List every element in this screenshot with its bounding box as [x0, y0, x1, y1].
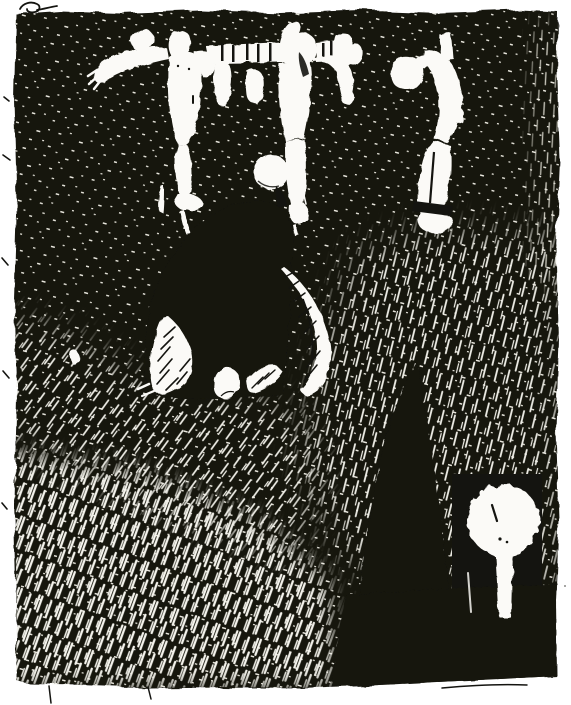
margin-ticks [2, 97, 10, 509]
mourner-head-ball [254, 155, 289, 190]
figure-center-feet [289, 203, 309, 223]
scanned-page: Three crosses above a mourning figure De… [0, 0, 571, 705]
bottom-descender-strokes [49, 686, 151, 703]
canopy-dot [498, 537, 501, 540]
hanging-forearm [214, 61, 233, 100]
ground-fleck-left [70, 350, 79, 364]
ink-field [0, 0, 571, 705]
canopy-dot [506, 541, 509, 544]
shadow-band [332, 584, 557, 686]
artwork-canvas: Three crosses above a mourning figure De… [0, 0, 571, 705]
tree-canopy [467, 484, 539, 556]
baseline-stroke [442, 685, 527, 688]
margin-squiggle [20, 3, 57, 13]
margin-dot [564, 585, 566, 587]
